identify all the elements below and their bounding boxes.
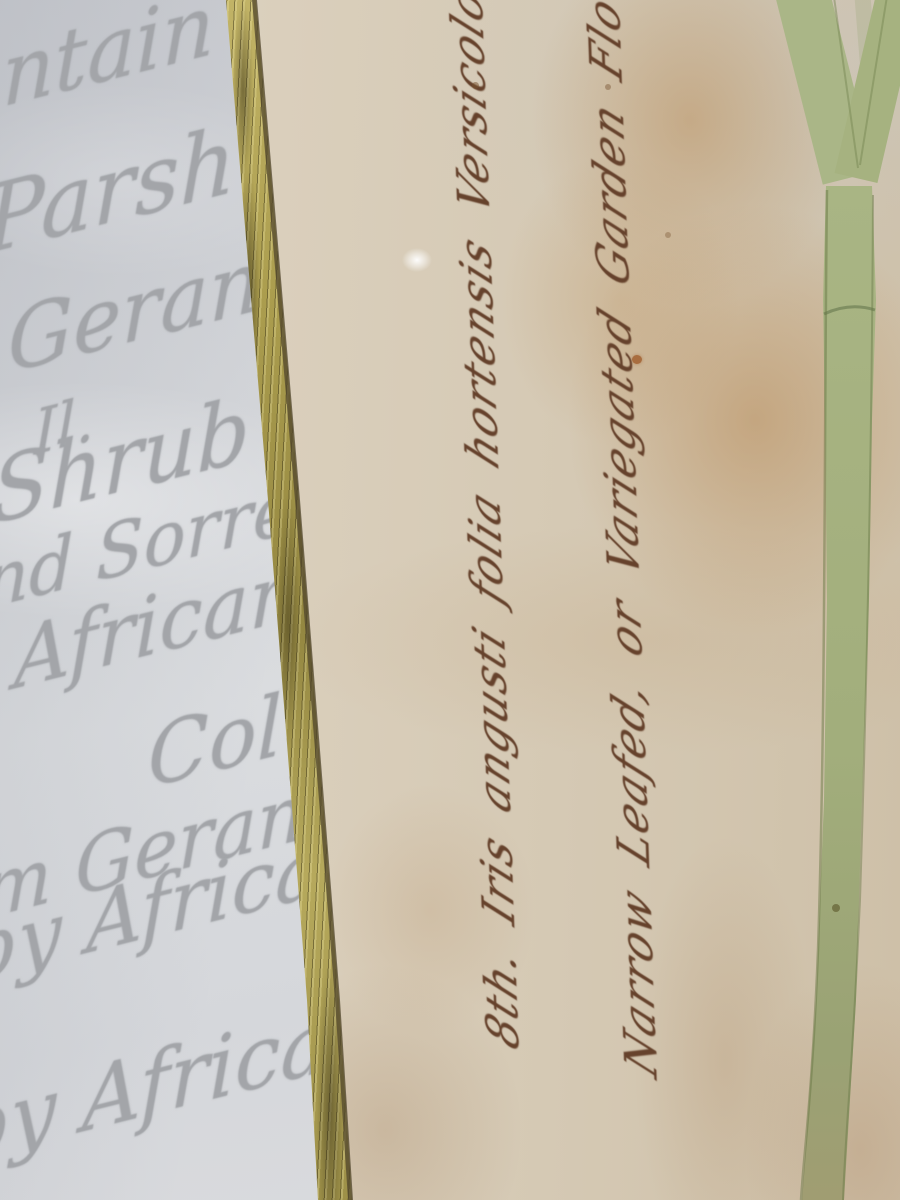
glare-spot [402,248,432,272]
foxing-speck [665,232,671,238]
stem-speck [832,904,840,912]
foxing-speck [605,84,611,90]
foxing-speck [632,355,642,364]
pencil-fragment: ntain [2,0,214,127]
framed-manuscript-photo: ntain Parsh Gerani Il. Shrub nd Sorre Af… [0,0,900,1200]
foxing-speck [472,82,479,89]
